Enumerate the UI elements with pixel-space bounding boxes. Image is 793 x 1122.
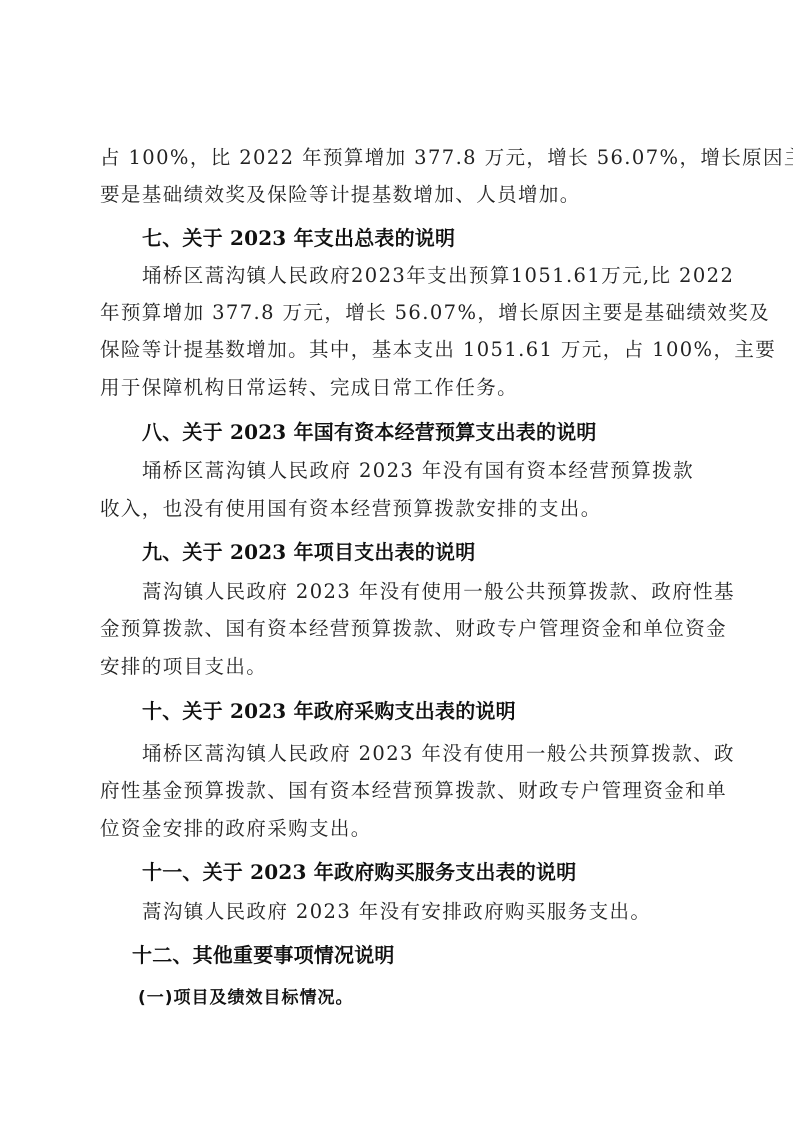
paragraph-line: 埇桥区蒿沟镇人民政府 2023 年没有使用一般公共预算拨款、政 xyxy=(142,742,694,766)
paragraph-line: 蒿沟镇人民政府 2023 年没有安排政府购买服务支出。 xyxy=(142,900,651,924)
paragraph-line: 金预算拨款、国有资本经营预算拨款、财政专户管理资金和单位资金 xyxy=(100,617,694,641)
paragraph-line: 收入，也没有使用国有资本经营预算拨款安排的支出。 xyxy=(100,497,602,521)
paragraph-line: 位资金安排的政府采购支出。 xyxy=(100,817,372,841)
section-heading-9: 九、关于 2023 年项目支出表的说明 xyxy=(142,540,475,564)
paragraph-line: 用于保障机构日常运转、完成日常工作任务。 xyxy=(100,376,518,400)
subsection-heading: (一)项目及绩效目标情况。 xyxy=(138,986,354,1010)
paragraph-line: 占 100%，比 2022 年预算增加 377.8 万元，增长 56.07%，增… xyxy=(100,146,694,170)
paragraph-line: 要是基础绩效奖及保险等计提基数增加、人员增加。 xyxy=(100,183,581,207)
section-heading-11: 十一、关于 2023 年政府购买服务支出表的说明 xyxy=(142,860,576,884)
section-heading-8: 八、关于 2023 年国有资本经营预算支出表的说明 xyxy=(142,420,597,444)
paragraph-line: 保险等计提基数增加。其中，基本支出 1051.61 万元，占 100%，主要 xyxy=(100,338,694,362)
paragraph-line: 埇桥区蒿沟镇人民政府 2023 年没有国有资本经营预算拨款 xyxy=(142,459,694,483)
section-heading-12: 十二、其他重要事项情况说明 xyxy=(132,943,395,967)
paragraph-line: 埇桥区蒿沟镇人民政府2023年支出预算1051.61万元,比 2022 xyxy=(142,264,694,288)
section-heading-7: 七、关于 2023 年支出总表的说明 xyxy=(142,226,455,250)
paragraph-line: 蒿沟镇人民政府 2023 年没有使用一般公共预算拨款、政府性基 xyxy=(142,580,694,604)
section-heading-10: 十、关于 2023 年政府采购支出表的说明 xyxy=(142,699,516,723)
paragraph-line: 年预算增加 377.8 万元，增长 56.07%，增长原因主要是基础绩效奖及 xyxy=(100,301,694,325)
paragraph-line: 安排的项目支出。 xyxy=(100,655,267,679)
paragraph-line: 府性基金预算拨款、国有资本经营预算拨款、财政专户管理资金和单 xyxy=(100,779,694,803)
